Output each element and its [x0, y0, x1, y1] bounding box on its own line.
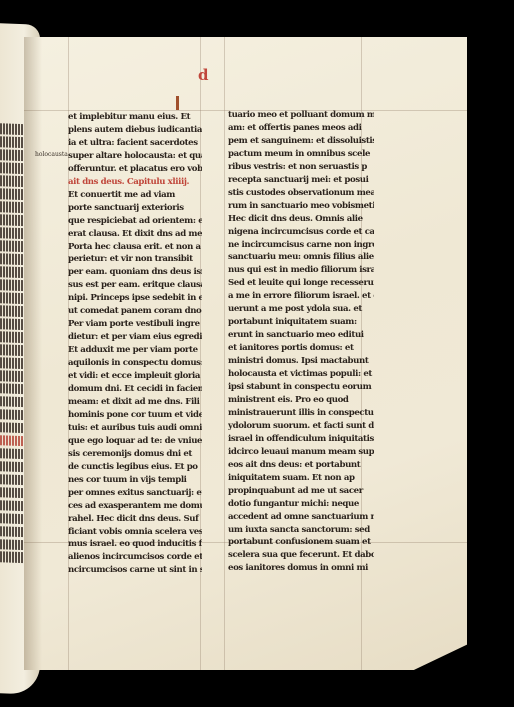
text-line: ipsi stabunt in conspectu eorum ut — [228, 381, 374, 394]
text-line: aquilonis in conspectu domus: — [68, 357, 202, 370]
text-line: mus israel. eo quod inducitis filios — [68, 538, 202, 551]
text-line: rum in sanctuario meo vobismetipsis. — [228, 200, 374, 213]
text-line: per omnes exitus sanctuarij: et di — [68, 487, 202, 500]
text-line: Et conuertit me ad viam — [68, 189, 202, 202]
text-line: domum dni. Et cecidi in faciem — [68, 383, 202, 396]
text-line: uerunt a me post ydola sua. et — [228, 303, 374, 316]
text-line: dietur: et per viam eius egredietur. — [68, 331, 202, 344]
text-line: ces ad exasperantem me domum is — [68, 500, 202, 513]
text-line: ne incircumcisus carne non ingredietur — [228, 239, 374, 252]
text-line: erat clausa. Et dixit dns ad me: — [68, 228, 202, 241]
text-line: tuario meo et polluant domum me — [228, 109, 374, 122]
text-line: perietur: et vir non transibit — [68, 253, 202, 266]
text-line: et vidi: et ecce impleuit gloria dni — [68, 370, 202, 383]
text-line: propinquabunt ad me ut sacer — [228, 485, 374, 498]
text-column-right: tuario meo et polluant domum meam: et of… — [228, 109, 374, 575]
text-line: stis custodes observationum mea — [228, 187, 374, 200]
text-line: ut comedat panem coram dno. — [68, 305, 202, 318]
text-line: ait dns deus. Capitulu xliiij. — [68, 176, 202, 189]
text-line: Sed et leuite qui longe recesserunt — [228, 277, 374, 290]
text-line: ministrauerunt illis in conspectu — [228, 407, 374, 420]
text-line: tuis: et auribus tuis audi omnia — [68, 422, 202, 435]
text-line: recepta sanctuarij mei: et posui — [228, 174, 374, 187]
text-line: et ianitores portis domus: et — [228, 342, 374, 355]
text-line: nus qui est in medio filiorum israel. — [228, 264, 374, 277]
text-line: sus est per eam. eritque clausa pri — [68, 279, 202, 292]
text-line: Hec dicit dns deus. Omnis alie — [228, 213, 374, 226]
text-line: holocausta et victimas populi: et — [228, 368, 374, 381]
text-line: accedent ad omne sanctuarium me — [228, 511, 374, 524]
text-line: super altare holocausta: et quae pro pac… — [68, 150, 202, 163]
text-line: um iuxta sancta sanctorum: sed — [228, 524, 374, 537]
text-line: pem et sanguinem: et dissoluistis — [228, 135, 374, 148]
ruling-line — [224, 37, 225, 670]
running-head-letter: d — [198, 66, 209, 84]
text-line: Et adduxit me per viam porte — [68, 344, 202, 357]
text-line: que respiciebat ad orientem: et — [68, 215, 202, 228]
text-line: plens autem diebus iudicantia — [68, 124, 202, 137]
text-line: sanctuariu meu: omnis filius alie — [228, 251, 374, 264]
text-line: que ego loquar ad te: de vniuer — [68, 435, 202, 448]
text-line: a me in errore filiorum israel. et erra — [228, 290, 374, 303]
text-line: meam: et dixit ad me dns. Fili — [68, 396, 202, 409]
text-column-left: et implebitur manu eius. Etplens autem d… — [68, 111, 202, 577]
text-line: portabunt iniquitatem suam: — [228, 316, 374, 329]
text-line: de cunctis legibus eius. Et po — [68, 461, 202, 474]
text-line: eos ianitores domus in omni mi — [228, 562, 374, 575]
text-line: dotio fungantur michi: neque — [228, 498, 374, 511]
paraph-mark-icon — [176, 96, 179, 110]
text-line: ficiant vobis omnia scelera vestra do — [68, 526, 202, 539]
text-line: Porta hec clausa erit. et non a — [68, 241, 202, 254]
text-line: rahel. Hec dicit dns deus. Suf — [68, 513, 202, 526]
gutter-shadow — [24, 37, 42, 670]
text-line: portabunt confusionem suam et — [228, 536, 374, 549]
text-line: ribus vestris: et non seruastis p — [228, 161, 374, 174]
text-line: ncircumcisos carne ut sint in sanc — [68, 564, 202, 577]
text-line: nes cor tuum in vijs templi — [68, 474, 202, 487]
text-line: israel in offendiculum iniquitatis: — [228, 433, 374, 446]
text-line: ministri domus. Ipsi mactabunt — [228, 355, 374, 368]
text-line: erunt in sanctuario meo editui — [228, 329, 374, 342]
text-line: ia et ultra: facient sacerdotes — [68, 137, 202, 150]
text-line: iniquitatem suam. Et non ap — [228, 472, 374, 485]
text-line: hominis pone cor tuum et vide oculis — [68, 409, 202, 422]
text-line: am: et offertis panes meos adi — [228, 122, 374, 135]
text-line: alienos incircumcisos corde et i — [68, 551, 202, 564]
margin-annotation: holocausta — [35, 151, 68, 158]
text-line: offeruntur. et placatus ero vobis — [68, 163, 202, 176]
text-line: idcirco leuaui manum meam super — [228, 446, 374, 459]
text-line: porte sanctuarij exterioris — [68, 202, 202, 215]
text-line: nigena incircumcisus corde et car — [228, 226, 374, 239]
text-line: eos ait dns deus: et portabunt — [228, 459, 374, 472]
text-line: pactum meum in omnibus scele — [228, 148, 374, 161]
text-line: scelera sua que fecerunt. Et dabo — [228, 549, 374, 562]
text-line: sis ceremonijs domus dni et — [68, 448, 202, 461]
text-line: per eam. quoniam dns deus israel ingress… — [68, 266, 202, 279]
text-line: et implebitur manu eius. Et — [68, 111, 202, 124]
text-line: ministrent eis. Pro eo quod — [228, 394, 374, 407]
text-line: Per viam porte vestibuli ingre — [68, 318, 202, 331]
text-line: nipi. Princeps ipse sedebit in ea: — [68, 292, 202, 305]
text-line: ydolorum suorum. et facti sunt domui — [228, 420, 374, 433]
